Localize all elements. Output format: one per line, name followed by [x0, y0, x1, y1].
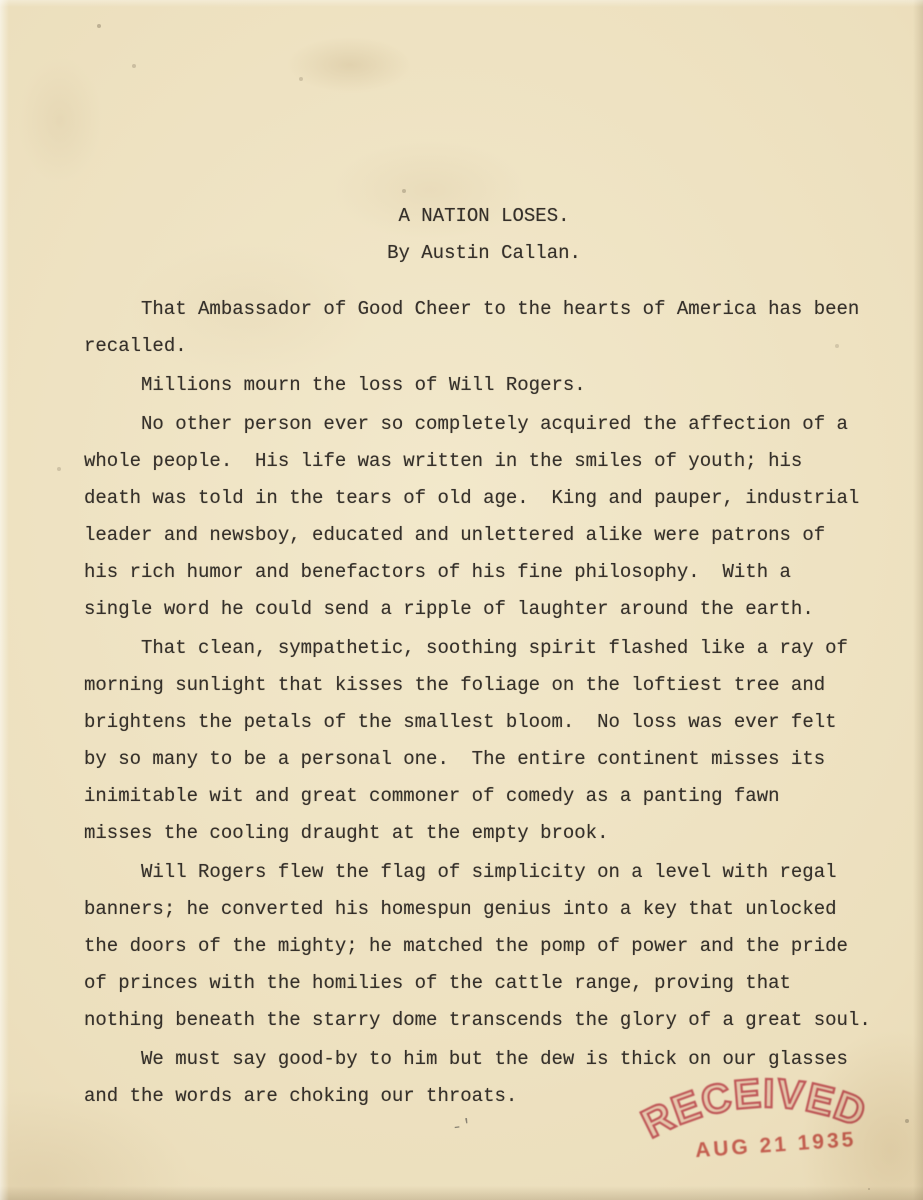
document-title: A NATION LOSES. [84, 198, 884, 235]
typewritten-text-block: A NATION LOSES. By Austin Callan. That A… [84, 198, 884, 1115]
scanned-document-page: A NATION LOSES. By Austin Callan. That A… [0, 0, 923, 1200]
paragraph: That Ambassador of Good Cheer to the hea… [84, 291, 884, 365]
paragraph: Millions mourn the loss of Will Rogers. [84, 367, 884, 404]
paragraph: Will Rogers flew the flag of simplicity … [84, 854, 884, 1039]
stamp-date-text: AUG 21 1935 [694, 1128, 857, 1162]
received-stamp: RECEIVED AUG 21 1935 [634, 1047, 908, 1174]
document-byline: By Austin Callan. [84, 235, 884, 272]
paper-specks [0, 0, 2, 2]
pencil-mark: -' [451, 1117, 474, 1139]
paragraph: No other person ever so completely acqui… [84, 406, 884, 628]
paragraph: That clean, sympathetic, soothing spirit… [84, 630, 884, 852]
received-stamp-graphic: RECEIVED AUG 21 1935 [634, 1047, 908, 1174]
